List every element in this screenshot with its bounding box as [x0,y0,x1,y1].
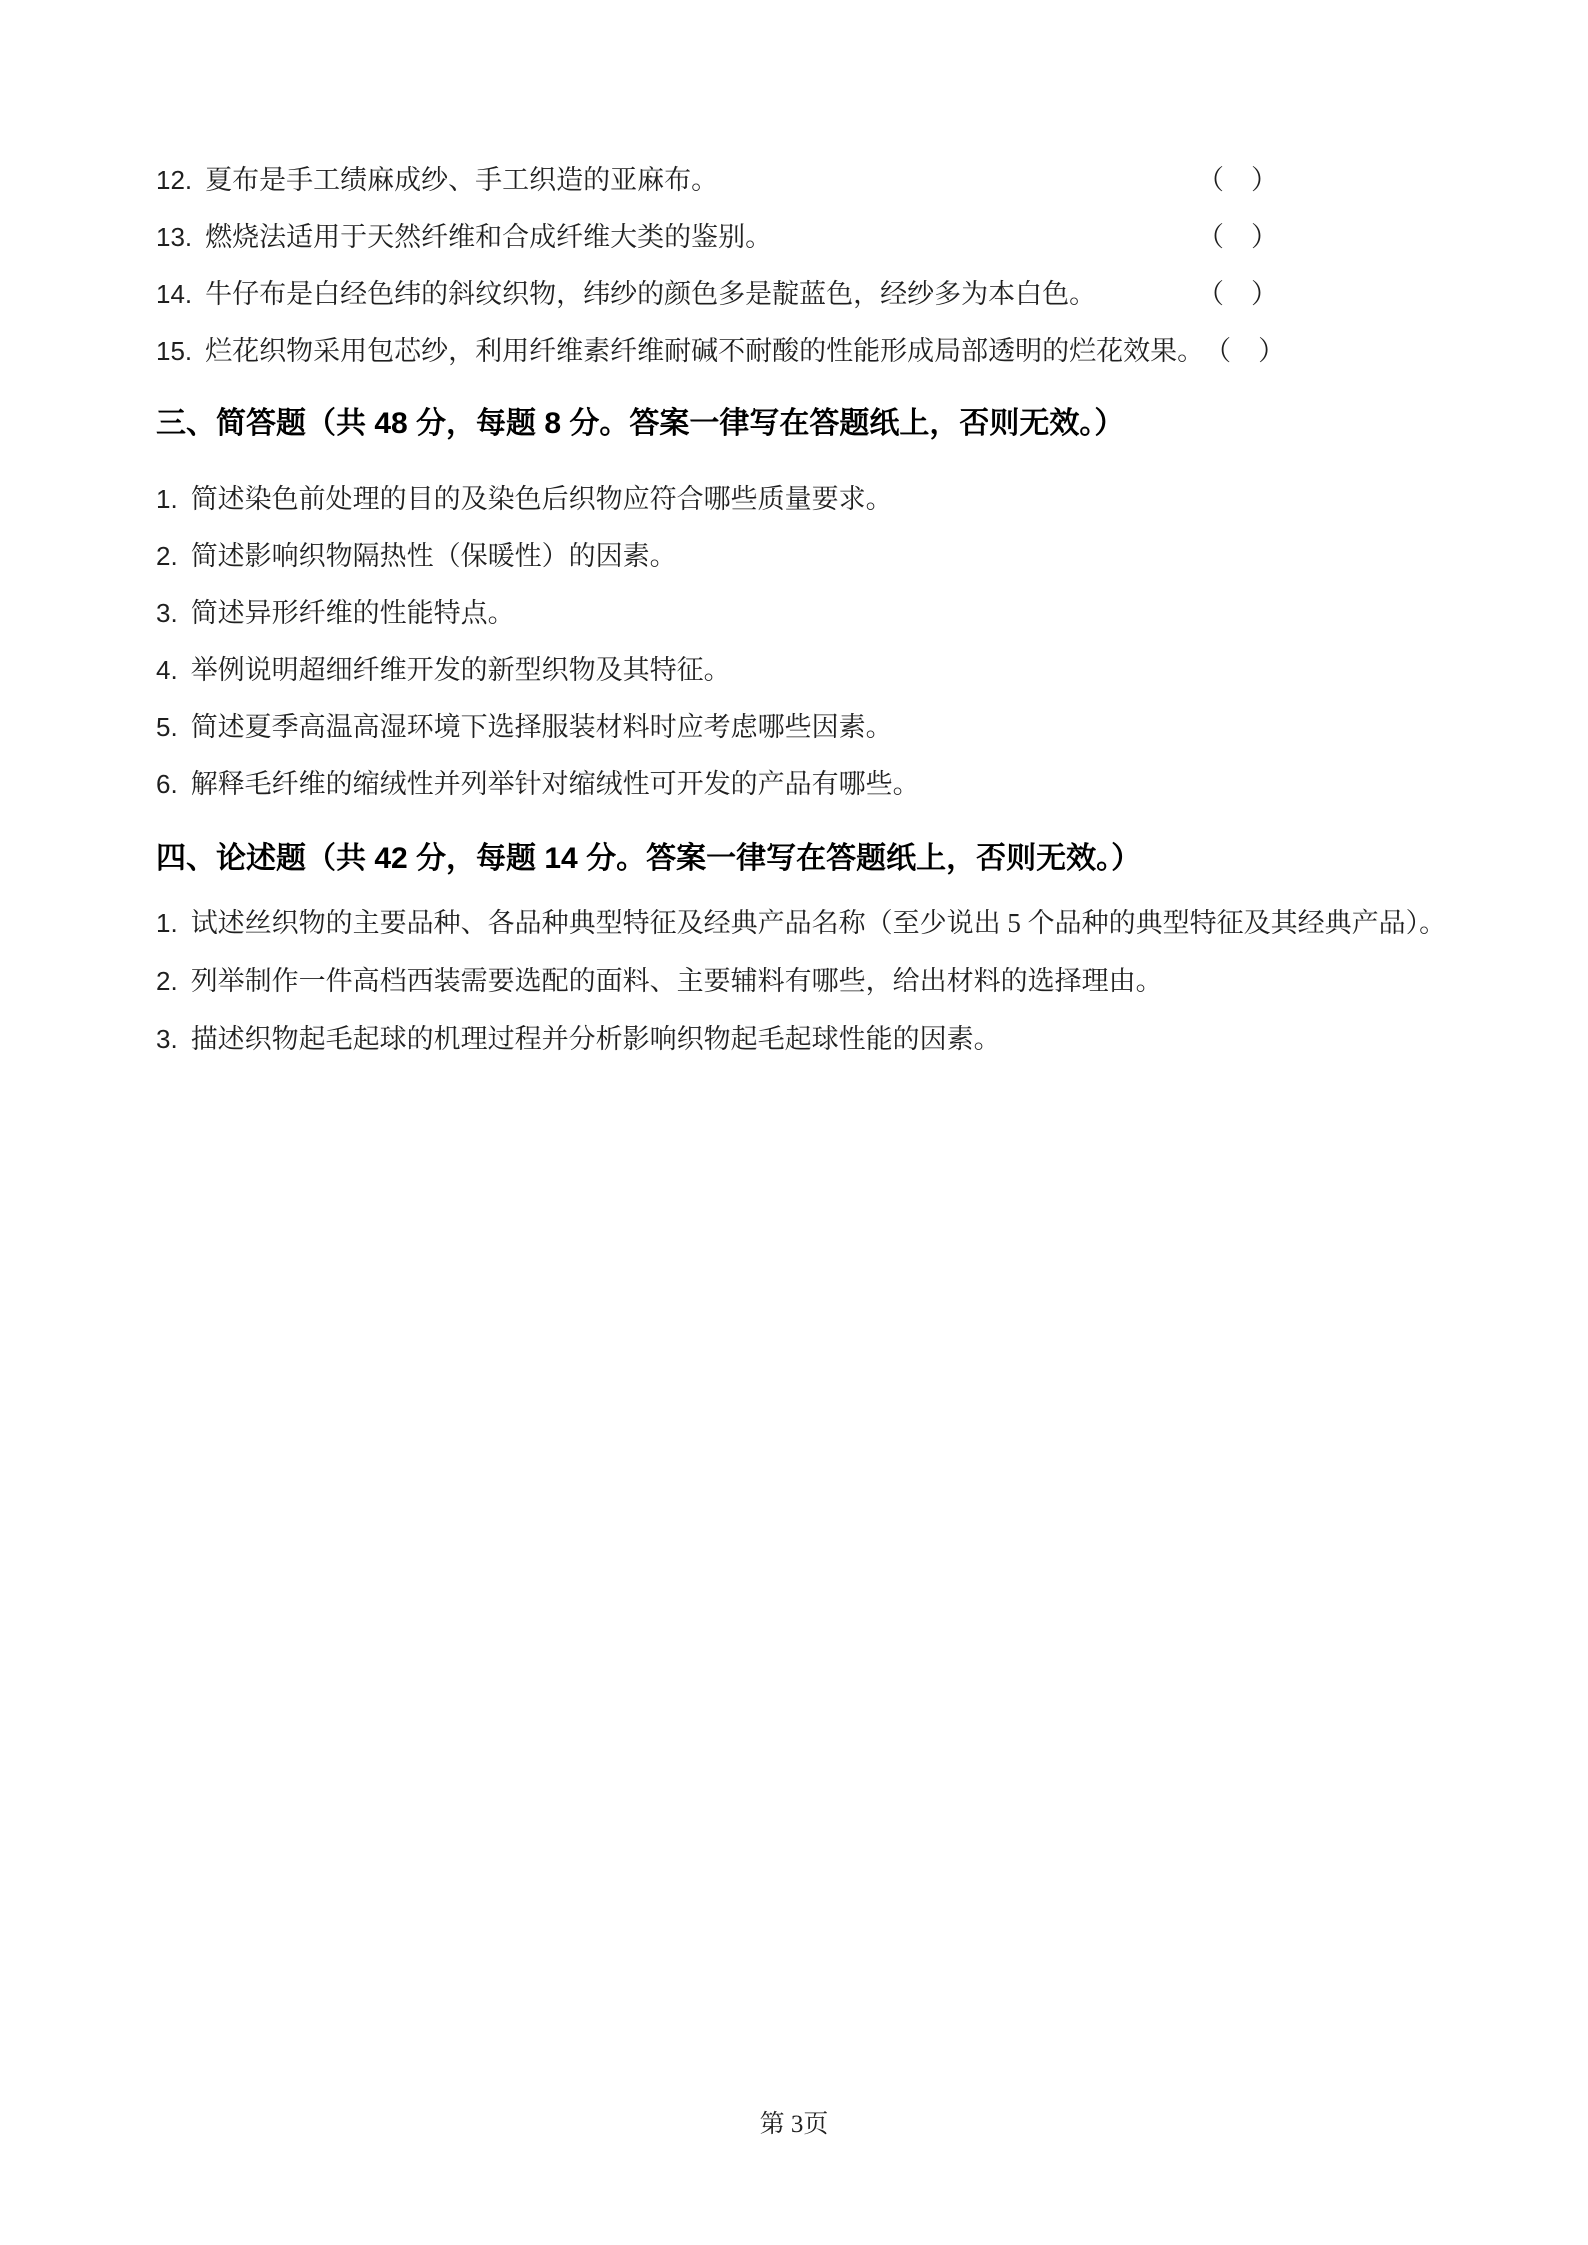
item-text: 试述丝织物的主要品种、各品种典型特征及经典产品名称（至少说出 5 个品种的典型特… [191,901,1447,940]
true-false-item-14: 14. 牛仔布是白经色纬的斜纹织物，纬纱的颜色多是靛蓝色，经纱多为本白色。 （ … [156,272,1278,311]
item-text: 解释毛纤维的缩绒性并列举针对缩绒性可开发的产品有哪些。 [191,762,920,801]
item-number: 4. [156,655,178,686]
item-text: 简述染色前处理的目的及染色后织物应符合哪些质量要求。 [191,477,893,516]
item-number: 13. [156,222,192,253]
exam-page: 12. 夏布是手工绩麻成纱、手工织造的亚麻布。 （ ） 13. 燃烧法适用于天然… [0,0,1588,2245]
item-number: 2. [156,541,178,572]
item-text: 简述夏季高温高湿环境下选择服装材料时应考虑哪些因素。 [191,705,893,744]
item-number: 6. [156,769,178,800]
true-false-item-15: 15. 烂花织物采用包芯纱，利用纤维素纤维耐碱不耐酸的性能形成局部透明的烂花效果… [156,329,1278,368]
item-text: 烂花织物采用包芯纱，利用纤维素纤维耐碱不耐酸的性能形成局部透明的烂花效果。 [205,329,1204,368]
item-text: 牛仔布是白经色纬的斜纹织物，纬纱的颜色多是靛蓝色，经纱多为本白色。 [205,272,1096,311]
item-number: 14. [156,279,192,310]
true-false-item-13: 13. 燃烧法适用于天然纤维和合成纤维大类的鉴别。 （ ） [156,215,1278,254]
section-3-heading: 三、简答题（共 48 分，每题 8 分。答案一律写在答题纸上，否则无效。） [156,398,1124,442]
short-answer-item-3: 3. 简述异形纤维的性能特点。 [156,591,515,630]
answer-blank: （ ） [1197,215,1278,254]
page-number: 第 3页 [0,2104,1588,2140]
item-text: 简述异形纤维的性能特点。 [191,591,515,630]
item-number: 3. [156,1024,178,1055]
short-answer-item-1: 1. 简述染色前处理的目的及染色后织物应符合哪些质量要求。 [156,477,893,516]
true-false-item-12: 12. 夏布是手工绩麻成纱、手工织造的亚麻布。 （ ） [156,158,1278,197]
item-number: 3. [156,598,178,629]
section-4-heading: 四、论述题（共 42 分，每题 14 分。答案一律写在答题纸上，否则无效。） [156,833,1141,877]
answer-blank: （ ） [1197,272,1278,311]
item-number: 12. [156,165,192,196]
item-text: 简述影响织物隔热性（保暖性）的因素。 [191,534,677,573]
short-answer-item-4: 4. 举例说明超细纤维开发的新型织物及其特征。 [156,648,731,687]
answer-blank: （ ） [1197,158,1278,197]
item-number: 2. [156,966,178,997]
essay-item-1: 1. 试述丝织物的主要品种、各品种典型特征及经典产品名称（至少说出 5 个品种的… [156,901,1446,940]
item-text: 描述织物起毛起球的机理过程并分析影响织物起毛起球性能的因素。 [191,1017,1001,1056]
essay-item-2: 2. 列举制作一件高档西装需要选配的面料、主要辅料有哪些，给出材料的选择理由。 [156,959,1163,998]
item-text: 列举制作一件高档西装需要选配的面料、主要辅料有哪些，给出材料的选择理由。 [191,959,1163,998]
short-answer-item-2: 2. 简述影响织物隔热性（保暖性）的因素。 [156,534,677,573]
answer-blank: （ ） [1204,329,1285,368]
item-number: 15. [156,336,192,367]
item-text: 夏布是手工绩麻成纱、手工织造的亚麻布。 [205,158,718,197]
item-text: 燃烧法适用于天然纤维和合成纤维大类的鉴别。 [205,215,772,254]
short-answer-item-5: 5. 简述夏季高温高湿环境下选择服装材料时应考虑哪些因素。 [156,705,893,744]
short-answer-item-6: 6. 解释毛纤维的缩绒性并列举针对缩绒性可开发的产品有哪些。 [156,762,920,801]
item-number: 5. [156,712,178,743]
essay-item-3: 3. 描述织物起毛起球的机理过程并分析影响织物起毛起球性能的因素。 [156,1017,1001,1056]
item-text: 举例说明超细纤维开发的新型织物及其特征。 [191,648,731,687]
item-number: 1. [156,908,178,939]
item-number: 1. [156,484,178,515]
